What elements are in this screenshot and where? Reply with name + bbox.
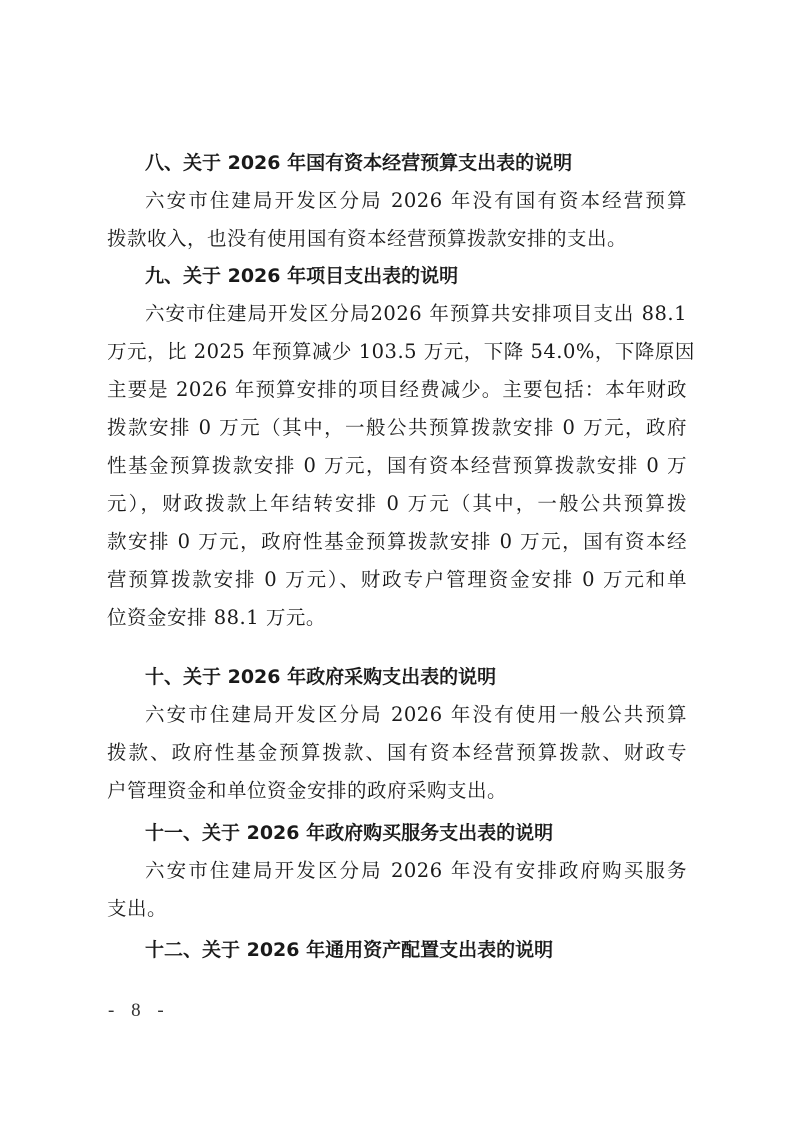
paragraph-line: 性基金预算拨款安排 0 万元，国有资本经营预算拨款安排 0 万	[107, 448, 687, 484]
section-heading-8: 八、关于 2026 年国有资本经营预算支出表的说明	[107, 145, 572, 181]
paragraph-line: 营预算拨款安排 0 万元）、财政专户管理资金安排 0 万元和单	[107, 562, 687, 598]
paragraph-line: 主要是 2026 年预算安排的项目经费减少。主要包括：本年财政	[107, 372, 687, 408]
page-number: - 8 -	[108, 1000, 170, 1022]
paragraph-line: 六安市住建局开发区分局2026 年预算共安排项目支出 88.1	[107, 296, 687, 332]
paragraph-line: 六安市住建局开发区分局 2026 年没有使用一般公共预算	[107, 697, 687, 733]
paragraph-line: 万元，比 2025 年预算减少 103.5 万元，下降 54.0%，下降原因	[107, 334, 687, 370]
paragraph-line: 六安市住建局开发区分局 2026 年没有国有资本经营预算	[107, 183, 687, 219]
section-heading-11: 十一、关于 2026 年政府购买服务支出表的说明	[107, 815, 553, 851]
paragraph-line: 元），财政拨款上年结转安排 0 万元（其中，一般公共预算拨	[107, 486, 687, 522]
paragraph-line: 拨款、政府性基金预算拨款、国有资本经营预算拨款、财政专	[107, 735, 687, 771]
paragraph-line: 款安排 0 万元，政府性基金预算拨款安排 0 万元，国有资本经	[107, 524, 687, 560]
section-heading-10: 十、关于 2026 年政府采购支出表的说明	[107, 659, 496, 695]
paragraph-line: 支出。	[107, 891, 687, 927]
section-heading-12: 十二、关于 2026 年通用资产配置支出表的说明	[107, 932, 553, 968]
paragraph-line: 位资金安排 88.1 万元。	[107, 600, 687, 636]
paragraph-line: 拨款安排 0 万元（其中，一般公共预算拨款安排 0 万元，政府	[107, 410, 687, 446]
paragraph-line: 户管理资金和单位资金安排的政府采购支出。	[107, 773, 687, 809]
paragraph-line: 拨款收入，也没有使用国有资本经营预算拨款安排的支出。	[107, 221, 687, 257]
section-heading-9: 九、关于 2026 年项目支出表的说明	[107, 258, 458, 294]
paragraph-line: 六安市住建局开发区分局 2026 年没有安排政府购买服务	[107, 853, 687, 889]
